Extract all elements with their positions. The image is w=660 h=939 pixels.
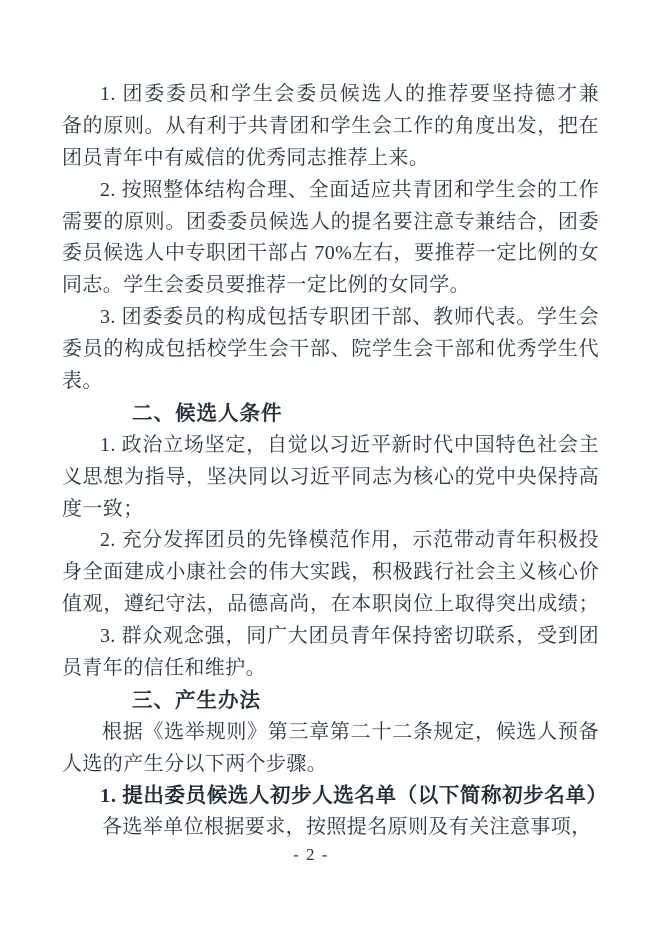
- body-line: 委员的构成包括校学生会干部、院学生会干部和优秀学生代: [62, 334, 599, 366]
- body-line: 义思想为指导，坚决同以习近平同志为核心的党中央保持高: [62, 462, 599, 494]
- body-line: 员青年的信任和维护。: [62, 653, 599, 685]
- body-line: 根据《选举规则》第三章第二十二条规定，候选人预备: [62, 717, 599, 749]
- body-line: 人选的产生分以下两个步骤。: [62, 749, 599, 781]
- document-body: 1. 团委委员和学生会委员候选人的推荐要坚持德才兼 备的原则。从有利于共青团和学…: [62, 79, 599, 844]
- body-line: 2. 按照整体结构合理、全面适应共青团和学生会的工作: [62, 175, 599, 207]
- body-line: 3. 群众观念强，同广大团员青年保持密切联系，受到团: [62, 621, 599, 653]
- body-line: 委员候选人中专职团干部占 70%左右，要推荐一定比例的女: [62, 238, 599, 270]
- body-line: 各选举单位根据要求，按照提名原则及有关注意事项，: [62, 812, 599, 844]
- body-line: 1. 团委委员和学生会委员候选人的推荐要坚持德才兼: [62, 79, 599, 111]
- body-line: 值观，遵纪守法，品德高尚，在本职岗位上取得突出成绩；: [62, 589, 599, 621]
- body-line: 表。: [62, 366, 599, 398]
- section-heading: 二、候选人条件: [62, 398, 599, 430]
- document-page: 1. 团委委员和学生会委员候选人的推荐要坚持德才兼 备的原则。从有利于共青团和学…: [0, 0, 660, 939]
- body-line: 1. 政治立场坚定，自觉以习近平新时代中国特色社会主: [62, 430, 599, 462]
- body-line: 需要的原则。团委委员候选人的提名要注意专兼结合，团委: [62, 207, 599, 239]
- sub-heading: 1. 提出委员候选人初步人选名单（以下简称初步名单）: [62, 781, 599, 813]
- body-line: 同志。学生会委员要推荐一定比例的女同学。: [62, 270, 599, 302]
- body-line: 度一致；: [62, 494, 599, 526]
- body-line: 团员青年中有威信的优秀同志推荐上来。: [62, 143, 599, 175]
- body-line: 3. 团委委员的构成包括专职团干部、教师代表。学生会: [62, 302, 599, 334]
- body-line: 身全面建成小康社会的伟大实践，积极践行社会主义核心价: [62, 557, 599, 589]
- body-line: 备的原则。从有利于共青团和学生会工作的角度出发，把在: [62, 111, 599, 143]
- page-number: - 2 -: [0, 845, 622, 865]
- section-heading: 三、产生办法: [62, 685, 599, 717]
- body-line: 2. 充分发挥团员的先锋模范作用，示范带动青年积极投: [62, 525, 599, 557]
